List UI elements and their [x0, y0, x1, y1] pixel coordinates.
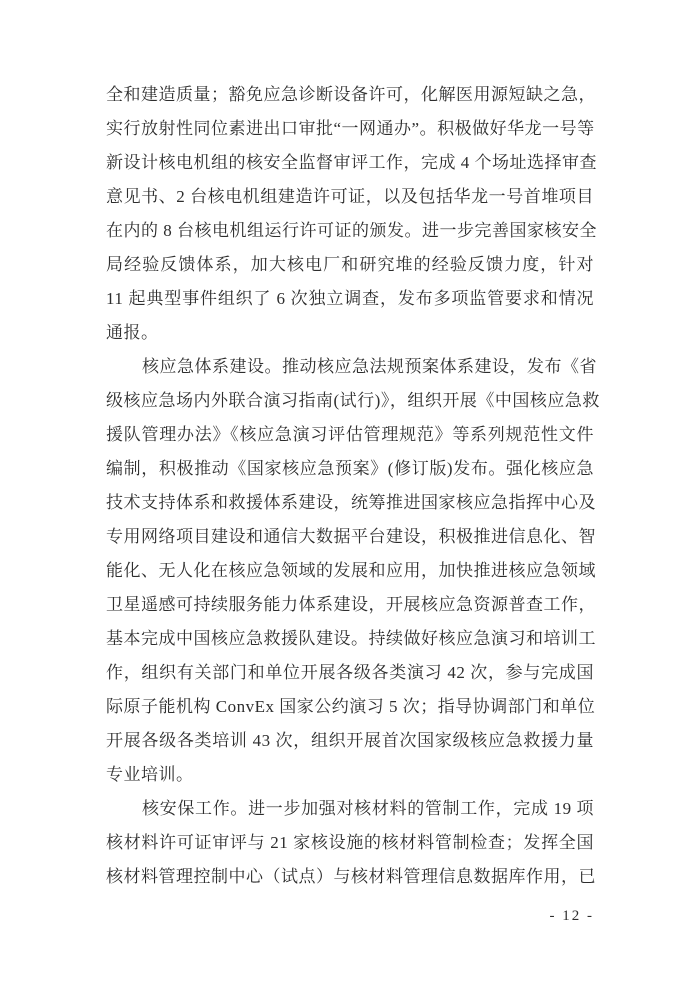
page-number: - 12 -: [106, 908, 594, 925]
text-line: 通报。: [106, 316, 594, 350]
text-line: 援队管理办法》《核应急演习评估管理规范》等系列规范性文件: [106, 418, 594, 452]
text-line: 专用网络项目建设和通信大数据平台建设，积极推进信息化、智: [106, 520, 594, 554]
text-line: 核安保工作。进一步加强对核材料的管制工作，完成 19 项: [106, 792, 594, 826]
text-line: 专业培训。: [106, 758, 594, 792]
text-line: 新设计核电机组的核安全监督审评工作，完成 4 个场址选择审查: [106, 146, 594, 180]
text-line: 作，组织有关部门和单位开展各级各类演习 42 次，参与完成国: [106, 656, 594, 690]
text-line: 核材料许可证审评与 21 家核设施的核材料管制检查；发挥全国: [106, 826, 594, 860]
text-line: 意见书、2 台核电机组建造许可证，以及包括华龙一号首堆项目: [106, 180, 594, 214]
text-line: 局经验反馈体系，加大核电厂和研究堆的经验反馈力度，针对: [106, 248, 594, 282]
text-line: 开展各级各类培训 43 次，组织开展首次国家级核应急救援力量: [106, 724, 594, 758]
text-line: 在内的 8 台核电机组运行许可证的颁发。进一步完善国家核安全: [106, 214, 594, 248]
text-line: 核应急体系建设。推动核应急法规预案体系建设，发布《省: [106, 350, 594, 384]
text-line: 能化、无人化在核应急领域的发展和应用，加快推进核应急领域: [106, 554, 594, 588]
text-line: 级核应急场内外联合演习指南(试行)》，组织开展《中国核应急救: [106, 384, 594, 418]
text-line: 际原子能机构 ConvEx 国家公约演习 5 次；指导协调部门和单位: [106, 690, 594, 724]
text-line: 编制，积极推动《国家核应急预案》(修订版)发布。强化核应急: [106, 452, 594, 486]
text-line: 实行放射性同位素进出口审批“一网通办”。积极做好华龙一号等: [106, 112, 594, 146]
text-line: 核材料管理控制中心（试点）与核材料管理信息数据库作用，已: [106, 860, 594, 894]
paragraph: 全和建造质量；豁免应急诊断设备许可，化解医用源短缺之急， 实行放射性同位素进出口…: [106, 78, 594, 350]
document-text-block: 全和建造质量；豁免应急诊断设备许可，化解医用源短缺之急， 实行放射性同位素进出口…: [106, 78, 594, 894]
document-page: 全和建造质量；豁免应急诊断设备许可，化解医用源短缺之急， 实行放射性同位素进出口…: [0, 0, 700, 990]
text-line: 卫星遥感可持续服务能力体系建设，开展核应急资源普查工作，: [106, 588, 594, 622]
paragraph: 核安保工作。进一步加强对核材料的管制工作，完成 19 项 核材料许可证审评与 2…: [106, 792, 594, 894]
paragraph: 核应急体系建设。推动核应急法规预案体系建设，发布《省 级核应急场内外联合演习指南…: [106, 350, 594, 792]
text-line: 技术支持体系和救援体系建设，统筹推进国家核应急指挥中心及: [106, 486, 594, 520]
text-line: 基本完成中国核应急救援队建设。持续做好核应急演习和培训工: [106, 622, 594, 656]
text-line: 全和建造质量；豁免应急诊断设备许可，化解医用源短缺之急，: [106, 78, 594, 112]
text-line: 11 起典型事件组织了 6 次独立调查，发布多项监管要求和情况: [106, 282, 594, 316]
